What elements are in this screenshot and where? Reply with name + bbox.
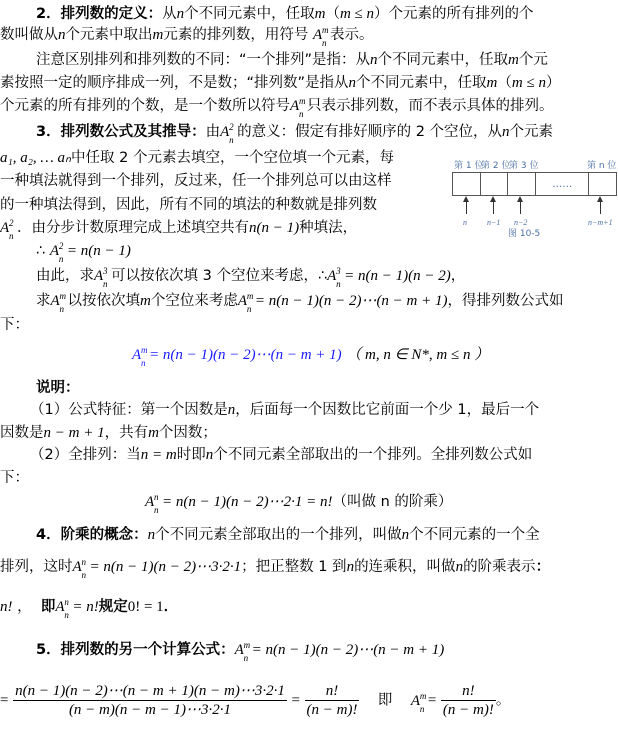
- symbol-A-n-2: A2n: [0, 218, 17, 238]
- section4-line1: 4．阶乘的概念：n个不同元素全部取出的一个排列，叫做n个不同元素的一个全: [36, 525, 540, 545]
- symbol-A-n-m: Amn: [290, 96, 307, 116]
- explanation-item1: （1）公式特征：第一个因数是n，后面每一个因数比它前面一个少 1，最后一个: [30, 400, 539, 420]
- fraction-factorial: n!(n − m)!: [305, 682, 360, 719]
- section3-therefore: ∴ A2n= n(n − 1): [36, 241, 131, 261]
- full-permutation-formula: Ann= n(n − 1)(n − 2)⋯2·1 = n!（叫做 n 的阶乘）: [145, 492, 452, 512]
- section5-fraction-line: = n(n − 1)(n − 2)⋯(n − m + 1)(n − m)⋯3·2…: [0, 682, 510, 719]
- slot-dots: ……: [536, 173, 589, 195]
- section3-line4: 的一种填法得到，因此，所有不同的填法的种数就是排列数: [0, 195, 377, 215]
- section4-line3: n! ， 即Ann= n!规定0! = 1．: [0, 597, 178, 617]
- diagram-caption: 图 10-5: [508, 226, 540, 239]
- arrow-icon: [600, 198, 601, 214]
- slot-2: [481, 173, 509, 195]
- symbol-A-n-2: A2n: [220, 122, 237, 142]
- section5-heading: 5．排列数的另一个计算公式：: [36, 642, 235, 658]
- arrow-icon: [466, 198, 467, 214]
- slot-n: [589, 173, 616, 195]
- section4-line2: 排列，这时Ann= n(n − 1)(n − 2)⋯3·2·1；把正整数 1 到…: [0, 557, 550, 577]
- explanation-item2: （2）全排列：当n = m时即n个不同元素全部取出的一个排列。全排列数公式如: [30, 445, 532, 465]
- section3-line3: 一种填法就得到一个排列，反过来，任一个排列总可以由这样: [0, 171, 392, 191]
- section2-note-line3: 个元素的所有排列的个数，是一个数所以符号Amn只表示排列数，而不表示具体的排列。: [0, 96, 554, 116]
- section3-line8: 求Amn以按依次填m个空位来考虑Amn= n(n − 1)(n − 2)⋯(n …: [36, 291, 564, 311]
- section2-note-line2: 素按照一定的顺序排成一列，不是数；“排列数”是指从n个不同元素中，任取m（m ≤…: [0, 73, 560, 93]
- arrow-icon: [493, 198, 494, 214]
- section4-heading: 4．阶乘的概念：: [36, 527, 148, 543]
- fraction-result: n!(n − m)!: [441, 682, 496, 719]
- slot-3: [508, 173, 536, 195]
- explanation-item1-cont: 因数是n − m + 1，共有m个因数；: [0, 423, 217, 443]
- arrow-icon: [520, 198, 521, 214]
- section5-line1: 5．排列数的另一个计算公式：Amn= n(n − 1)(n − 2)⋯(n − …: [36, 640, 444, 660]
- section3-line9: 下：: [0, 315, 29, 335]
- section3-line1: 3．排列数公式及其推导：由A2n的意义：假定有排好顺序的 2 个空位，从n个元素: [36, 122, 553, 142]
- fraction-expanded: n(n − 1)(n − 2)⋯(n − m + 1)(n − m)⋯3·2·1…: [13, 682, 287, 719]
- explanation-heading: 说明：: [36, 378, 80, 398]
- section3-line7: 由此，求A3n可以按依次填 3 个空位来考虑，∴A3n= n(n − 1)(n …: [36, 266, 465, 286]
- slot-1: [453, 173, 481, 195]
- slot-diagram: 第 1 位 第 2 位 第 3 位 第 n 位 …… n n−1 n−2 n−m…: [452, 158, 618, 238]
- section2-heading: 2．排列数的定义：: [36, 6, 162, 22]
- section3-line5: A2n．由分步计数原理完成上述填空共有n(n − 1)种填法，: [0, 218, 357, 238]
- section2-line1: 2．排列数的定义：从n个不同元素中，任取m（m ≤ n）个元素的所有排列的个: [36, 4, 534, 24]
- explanation-item2-cont: 下：: [0, 468, 29, 488]
- permutation-formula: Amn= n(n − 1)(n − 2)⋯(n − m + 1) （ m, n …: [132, 345, 489, 365]
- section3-line2: a₁, a₂, … aₙ中任取 2 个元素去填空，一个空位填一个元素，每: [0, 148, 394, 168]
- section2-line2: 数叫做从n个元素中取出m元素的排列数，用符号 Amn表示。: [0, 25, 373, 45]
- section2-note-line1: 注意区别排列和排列数的不同：“一个排列”是指：从n个不同元素中，任取m个元: [36, 50, 548, 70]
- slot-boxes: ……: [452, 172, 617, 196]
- symbol-A-n-m: Amn: [313, 25, 330, 45]
- section3-heading: 3．排列数公式及其推导：: [36, 124, 206, 140]
